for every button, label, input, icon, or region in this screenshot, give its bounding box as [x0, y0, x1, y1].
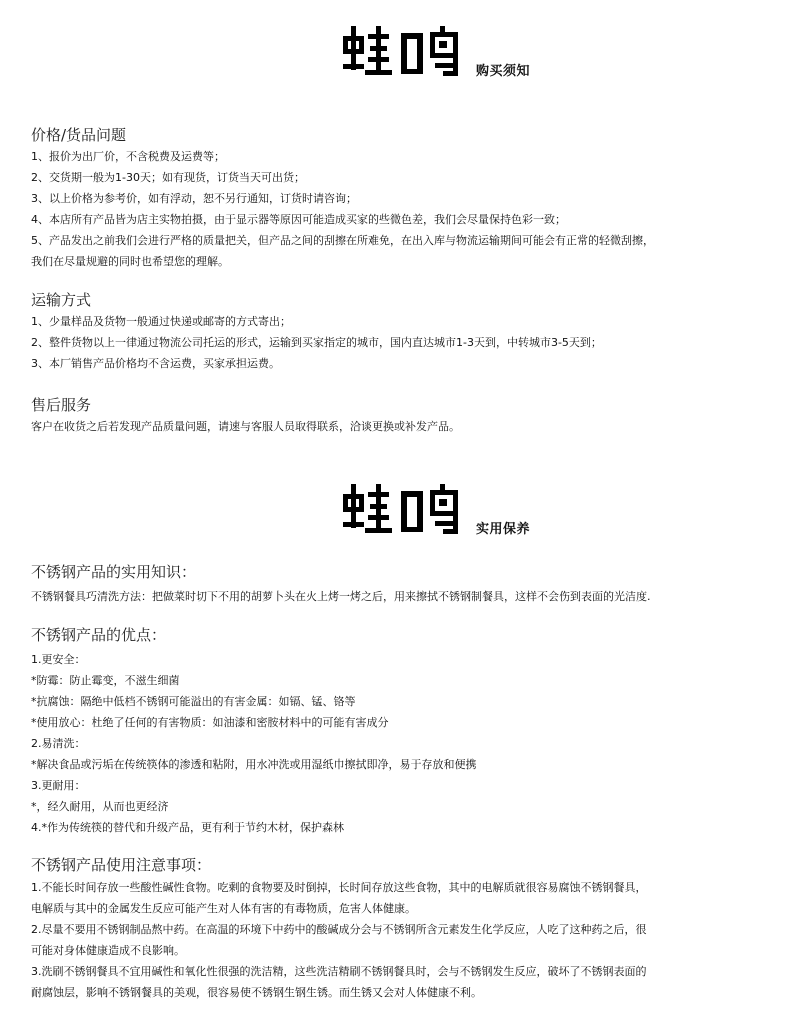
text-line: *防霉：防止霉变，不滋生细菌: [31, 670, 781, 691]
text-line: 3、本厂销售产品价格均不含运费，买家承担运费。: [31, 353, 781, 374]
section-aftersales: 售后服务 客户在收货之后若发现产品质量问题，请速与客服人员取得联系，洽谈更换或补…: [31, 394, 781, 437]
text-line: 2.尽量不要用不锈钢制品熬中药。在高温的环境下中药中的酸碱成分会与不锈钢所含元素…: [31, 919, 781, 940]
section-title: 不锈钢产品的实用知识：: [31, 561, 781, 583]
text-line: 2.易清洗：: [31, 733, 781, 754]
brand-logo-icon: [343, 484, 460, 536]
text-line: 5、产品发出之前我们会进行严格的质量把关，但产品之间的刮擦在所难免，在出入库与物…: [31, 230, 781, 251]
text-line: 3.洗刷不锈钢餐具不宜用碱性和氧化性很强的洗洁精，这些洗洁精刷不锈钢餐具时，会与…: [31, 961, 781, 982]
section-knowledge: 不锈钢产品的实用知识： 不锈钢餐具巧清洗方法：把做菜时切下不用的胡萝卜头在火上烤…: [31, 561, 781, 607]
section-shipping: 运输方式 1、少量样品及货物一般通过快递或邮寄的方式寄出； 2、整件货物以上一律…: [31, 289, 781, 374]
brand-logo-icon: [343, 26, 460, 78]
text-line: 1、报价为出厂价，不含税费及运费等；: [31, 146, 781, 167]
text-line: 电解质与其中的金属发生反应可能产生对人体有害的有毒物质，危害人体健康。: [31, 898, 781, 919]
section-title: 运输方式: [31, 289, 781, 311]
text-line: *，经久耐用，从而也更经济: [31, 796, 781, 817]
text-line: *抗腐蚀：隔绝中低档不锈钢可能溢出的有害金属：如镉、锰、铬等: [31, 691, 781, 712]
text-line: 不锈钢餐具巧清洗方法：把做菜时切下不用的胡萝卜头在火上烤一烤之后，用来擦拭不锈钢…: [31, 586, 781, 607]
section-advantages: 不锈钢产品的优点： 1.更安全： *防霉：防止霉变，不滋生细菌 *抗腐蚀：隔绝中…: [31, 624, 781, 838]
brand-subtitle: 购买须知: [476, 60, 530, 79]
section-title: 价格/货品问题: [31, 124, 781, 146]
text-line: 1.不能长时间存放一些酸性碱性食物。吃剩的食物要及时倒掉，长时间存放这些食物，其…: [31, 877, 781, 898]
text-line: 客户在收货之后若发现产品质量问题，请速与客服人员取得联系，洽谈更换或补发产品。: [31, 416, 781, 437]
section-precautions: 不锈钢产品使用注意事项： 1.不能长时间存放一些酸性碱性食物。吃剩的食物要及时倒…: [31, 854, 781, 1003]
text-line: 可能对身体健康造成不良影响。: [31, 940, 781, 961]
text-line: 3、以上价格为参考价，如有浮动，恕不另行通知，订货时请咨询；: [31, 188, 781, 209]
text-line: 2、交货期一般为1-30天；如有现货，订货当天可出货；: [31, 167, 781, 188]
section-title: 不锈钢产品的优点：: [31, 624, 781, 646]
text-line: *使用放心：杜绝了任何的有害物质：如油漆和密胺材料中的可能有害成分: [31, 712, 781, 733]
text-line: 1、少量样品及货物一般通过快递或邮寄的方式寄出；: [31, 311, 781, 332]
text-line: 3.更耐用：: [31, 775, 781, 796]
text-line: 4、本店所有产品皆为店主实物拍摄，由于显示器等原因可能造成买家的些微色差，我们会…: [31, 209, 781, 230]
text-line: 4.*作为传统筷的替代和升级产品，更有利于节约木材，保护森林: [31, 817, 781, 838]
brand-subtitle: 实用保养: [476, 518, 530, 537]
brand-header-care: 实用保养: [0, 484, 800, 554]
text-line: 耐腐蚀层，影响不锈钢餐具的美观，很容易使不锈钢生钢生锈。而生锈又会对人体健康不利…: [31, 982, 781, 1003]
section-price: 价格/货品问题 1、报价为出厂价，不含税费及运费等； 2、交货期一般为1-30天…: [31, 124, 781, 272]
section-title: 售后服务: [31, 394, 781, 416]
text-line: 1.更安全：: [31, 649, 781, 670]
brand-header-purchase: 购买须知: [0, 26, 800, 96]
text-line: 我们在尽量规避的同时也希望您的理解。: [31, 251, 781, 272]
text-line: *解决食品或污垢在传统筷体的渗透和粘附，用水冲洗或用湿纸巾擦拭即净，易于存放和便…: [31, 754, 781, 775]
section-title: 不锈钢产品使用注意事项：: [31, 854, 781, 876]
text-line: 2、整件货物以上一律通过物流公司托运的形式，运输到买家指定的城市，国内直达城市1…: [31, 332, 781, 353]
